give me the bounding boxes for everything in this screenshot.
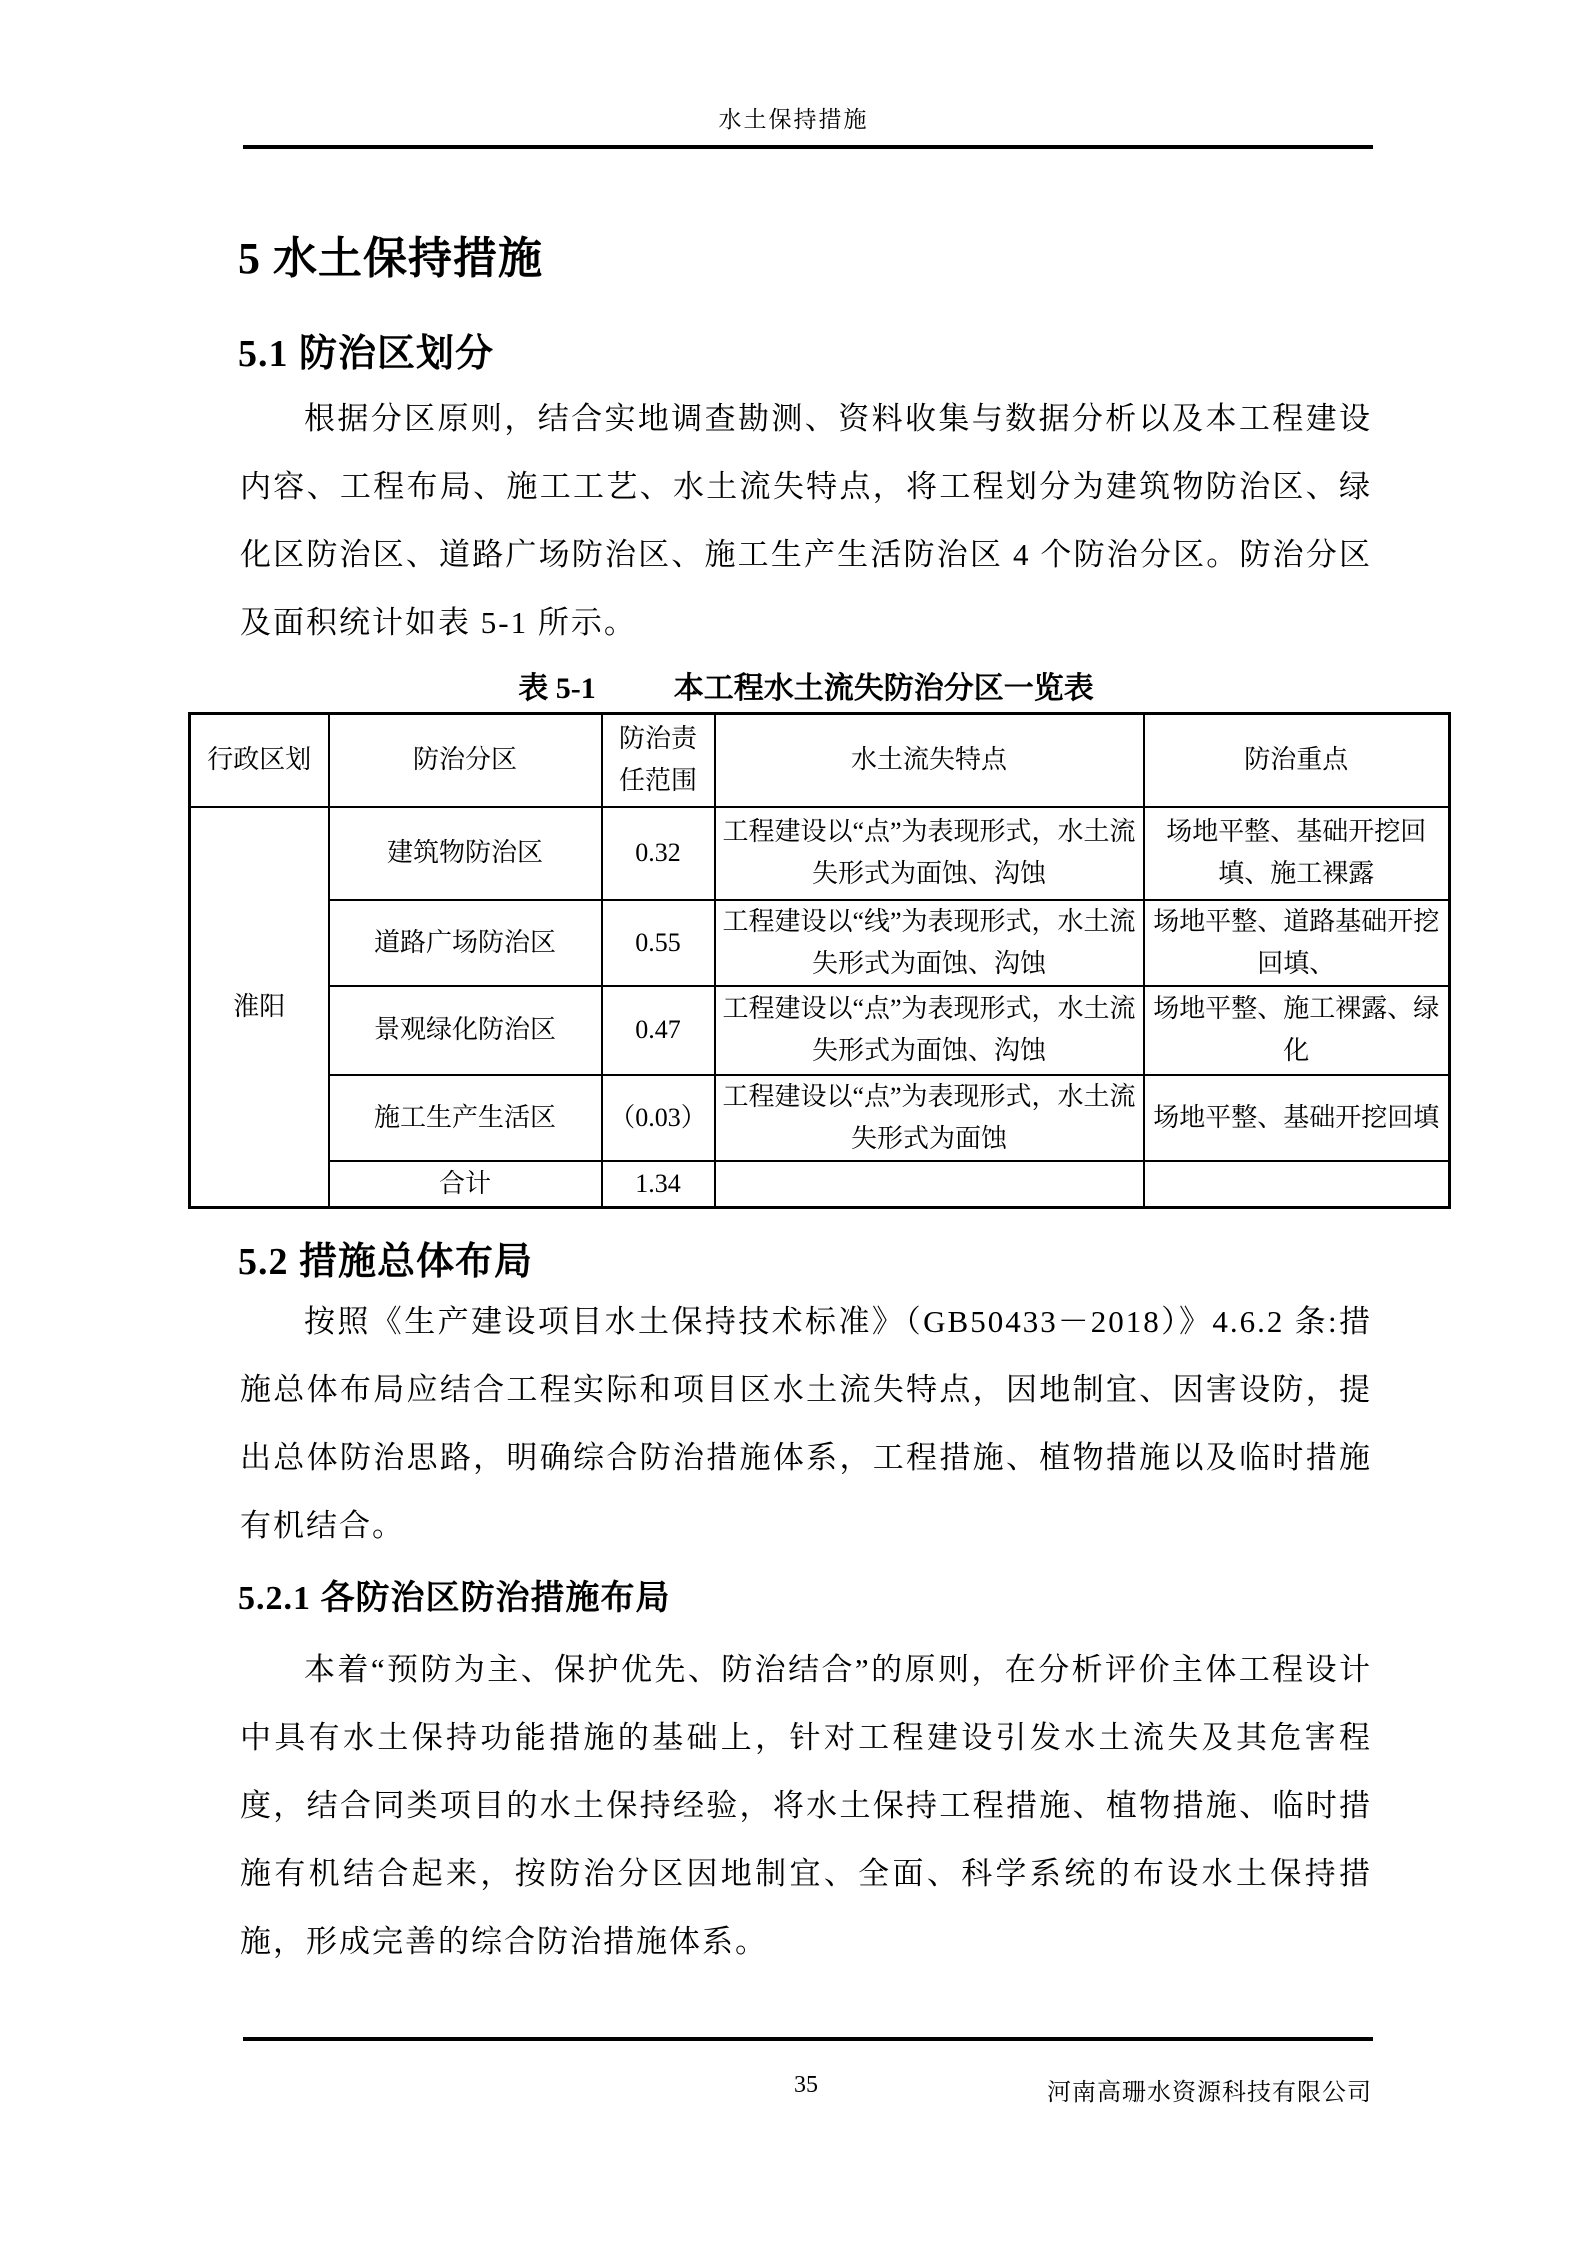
empty-feature-cell	[715, 1161, 1144, 1208]
zone-cell: 施工生产生活区	[329, 1075, 602, 1161]
zoning-table: 行政区划 防治分区 防治责任范围 水土流失特点 防治重点 淮阳 建筑物防治区 0…	[188, 712, 1451, 1209]
zone-cell: 建筑物防治区	[329, 807, 602, 900]
region-cell: 淮阳	[190, 807, 329, 1208]
col-header-duty-scope: 防治责任范围	[602, 714, 715, 807]
table-caption-title: 本工程水土流失防治分区一览表	[674, 663, 1094, 707]
col-header-control-focus: 防治重点	[1144, 714, 1450, 807]
feature-cell: 工程建设以“线”为表现形式，水土流失形式为面蚀、沟蚀	[715, 900, 1144, 986]
table-header-row: 行政区划 防治分区 防治责任范围 水土流失特点 防治重点	[190, 714, 1450, 807]
area-cell: 0.32	[602, 807, 715, 900]
col-header-erosion-feature: 水土流失特点	[715, 714, 1144, 807]
table-row: 施工生产生活区 （0.03） 工程建设以“点”为表现形式，水土流失形式为面蚀 场…	[190, 1075, 1450, 1161]
feature-cell: 工程建设以“点”为表现形式，水土流失形式为面蚀、沟蚀	[715, 986, 1144, 1075]
total-area-cell: 1.34	[602, 1161, 715, 1208]
focus-cell: 场地平整、施工裸露、绿化	[1144, 986, 1450, 1075]
table-caption-label: 表 5-1	[518, 663, 596, 707]
document-page: 水土保持措施 5 水土保持措施 5.1 防治区划分 根据分区原则，结合实地调查勘…	[0, 0, 1587, 2245]
table-caption: 表 5-1 本工程水土流失防治分区一览表	[240, 663, 1372, 707]
area-cell: 0.55	[602, 900, 715, 986]
feature-cell: 工程建设以“点”为表现形式，水土流失形式为面蚀	[715, 1075, 1144, 1161]
table-row: 道路广场防治区 0.55 工程建设以“线”为表现形式，水土流失形式为面蚀、沟蚀 …	[190, 900, 1450, 986]
company-name: 河南高珊水资源科技有限公司	[240, 2072, 1372, 2107]
focus-cell: 场地平整、基础开挖回填、施工裸露	[1144, 807, 1450, 900]
focus-cell: 场地平整、道路基础开挖回填、	[1144, 900, 1450, 986]
total-label-cell: 合计	[329, 1161, 602, 1208]
empty-focus-cell	[1144, 1161, 1450, 1208]
heading-5-2-1: 5.2.1 各防治区防治措施布局	[238, 1570, 671, 1619]
table-row: 景观绿化防治区 0.47 工程建设以“点”为表现形式，水土流失形式为面蚀、沟蚀 …	[190, 986, 1450, 1075]
col-header-zone: 防治分区	[329, 714, 602, 807]
running-header-title: 水土保持措施	[0, 101, 1587, 134]
heading-chapter-5: 5 水土保持措施	[238, 222, 543, 286]
header-rule	[243, 145, 1373, 149]
paragraph-measures: 本着“预防为主、保护优先、防治结合”的原则，在分析评价主体工程设计中具有水土保持…	[240, 1636, 1372, 1976]
heading-5-2: 5.2 措施总体布局	[238, 1230, 533, 1285]
focus-cell: 场地平整、基础开挖回填	[1144, 1075, 1450, 1161]
footer-rule	[243, 2037, 1373, 2041]
heading-5-1: 5.1 防治区划分	[238, 322, 494, 377]
area-cell: （0.03）	[602, 1075, 715, 1161]
area-cell: 0.47	[602, 986, 715, 1075]
col-header-admin-region: 行政区划	[190, 714, 329, 807]
paragraph-layout: 按照《生产建设项目水土保持技术标准》（GB50433－2018）》4.6.2 条…	[240, 1288, 1372, 1560]
table-row: 淮阳 建筑物防治区 0.32 工程建设以“点”为表现形式，水土流失形式为面蚀、沟…	[190, 807, 1450, 900]
zone-cell: 景观绿化防治区	[329, 986, 602, 1075]
feature-cell: 工程建设以“点”为表现形式，水土流失形式为面蚀、沟蚀	[715, 807, 1144, 900]
table-total-row: 合计 1.34	[190, 1161, 1450, 1208]
zone-cell: 道路广场防治区	[329, 900, 602, 986]
paragraph-zoning: 根据分区原则，结合实地调查勘测、资料收集与数据分析以及本工程建设内容、工程布局、…	[240, 385, 1372, 657]
